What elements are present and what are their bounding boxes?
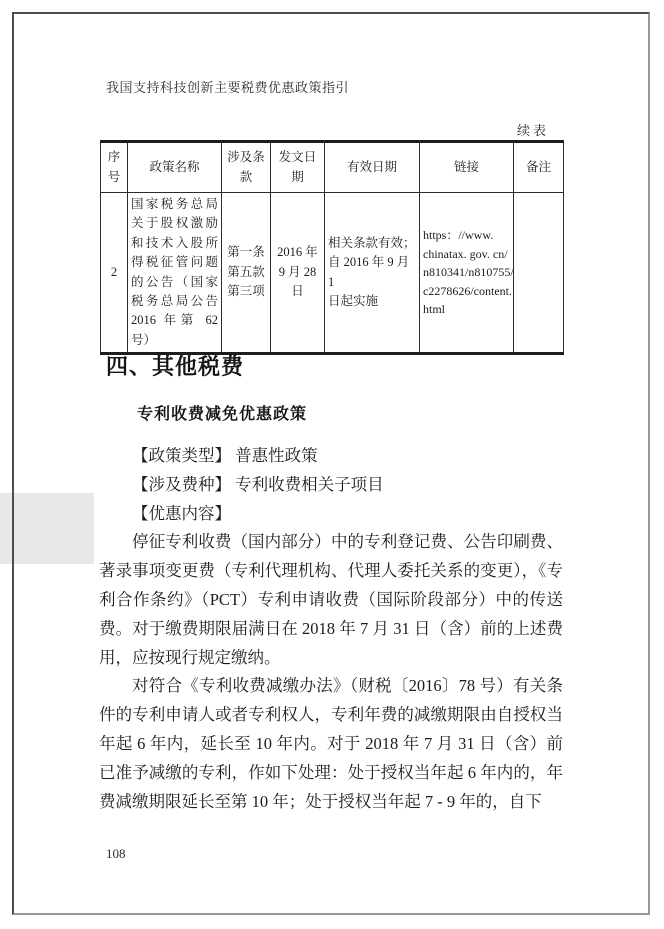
- page-number: 108: [106, 846, 126, 862]
- header-valid-date: 有效日期: [325, 142, 420, 193]
- header-policy-name: 政策名称: [128, 142, 222, 193]
- cell-index: 2: [101, 193, 128, 354]
- cell-link: https：//www. chinatax. gov. cn/ n810341/…: [420, 193, 514, 354]
- body-text: 【政策类型】 普惠性政策 【涉及费种】 专利收费相关子项目 【优惠内容】 停征专…: [99, 442, 563, 816]
- cell-valid-date: 相关条款有效； 自 2016 年 9 月 1 日起实施: [325, 193, 420, 354]
- policy-type-line: 【政策类型】 普惠性政策: [99, 442, 563, 471]
- benefit-paragraph-1: 停征专利收费（国内部分）中的专利登记费、公告印刷费、著录事项变更费（专利代理机构…: [99, 528, 563, 672]
- table-row: 2 国家税务总局关于股权激励和技术入股所得税征管问题的公告（国家税务总局公告 2…: [101, 193, 564, 354]
- section-heading: 四、其他税费: [106, 350, 244, 381]
- cell-note: [514, 193, 564, 354]
- header-clauses: 涉及条款: [222, 142, 271, 193]
- header-note: 备注: [514, 142, 564, 193]
- policy-table-header: 序号 政策名称 涉及条款 发文日期 有效日期 链接 备注: [101, 142, 564, 193]
- benefit-paragraph-2: 对符合《专利收费减缴办法》（财税〔2016〕78 号）有关条件的专利申请人或者专…: [99, 672, 563, 816]
- policy-table-body: 2 国家税务总局关于股权激励和技术入股所得税征管问题的公告（国家税务总局公告 2…: [101, 193, 564, 354]
- cell-clauses: 第一条 第五款 第三项: [222, 193, 271, 354]
- sub-heading: 专利收费减免优惠政策: [137, 401, 307, 424]
- benefit-label-line: 【优惠内容】: [99, 500, 563, 529]
- table-header-row: 序号 政策名称 涉及条款 发文日期 有效日期 链接 备注: [101, 142, 564, 193]
- cell-issue-date: 2016 年 9 月 28 日: [271, 193, 325, 354]
- header-index: 序号: [101, 142, 128, 193]
- cell-policy-name: 国家税务总局关于股权激励和技术入股所得税征管问题的公告（国家税务总局公告 201…: [128, 193, 222, 354]
- continued-table-label: 续表: [517, 120, 549, 139]
- document-page: { "page": { "running_header": "我国支持科技创新主…: [0, 0, 664, 929]
- running-header: 我国支持科技创新主要税费优惠政策指引: [106, 77, 349, 96]
- fee-type-line: 【涉及费种】 专利收费相关子项目: [99, 471, 563, 500]
- scan-artifact-gray-box: [0, 493, 94, 564]
- header-issue-date: 发文日期: [271, 142, 325, 193]
- policy-table: 序号 政策名称 涉及条款 发文日期 有效日期 链接 备注 2 国家税务总局关于股…: [100, 140, 564, 355]
- header-link: 链接: [420, 142, 514, 193]
